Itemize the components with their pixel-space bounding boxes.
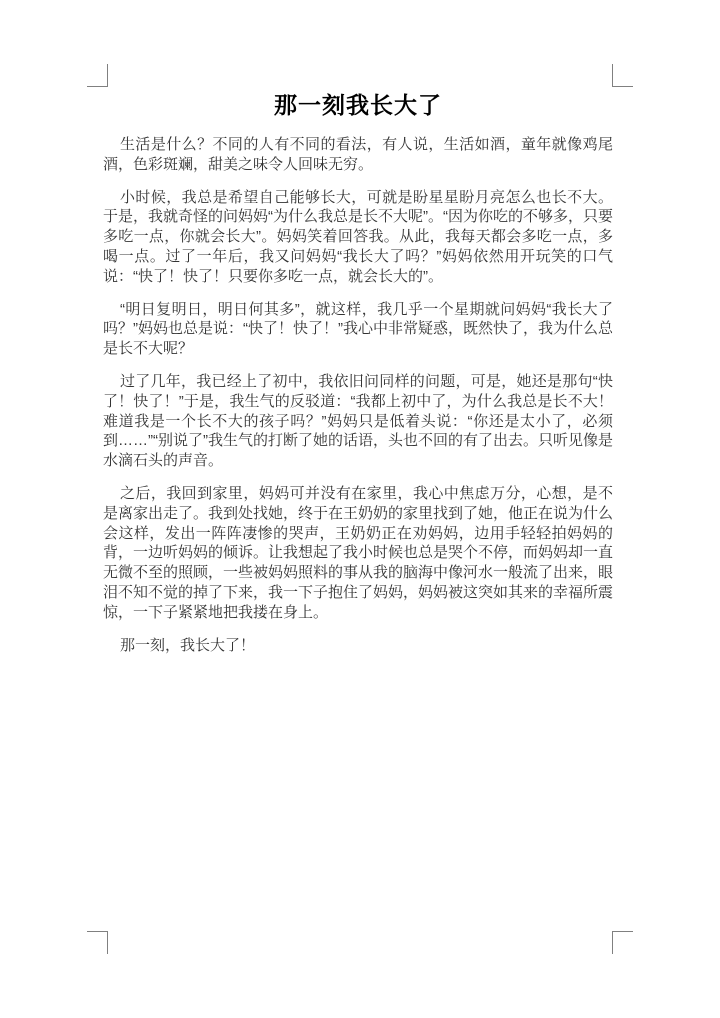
essay-paragraph-4: 过了几年，我已经上了初中，我依旧问同样的问题，可是，她还是那句“快了！快了！”于… bbox=[103, 372, 613, 471]
crop-mark-bottom-left-icon bbox=[87, 931, 108, 954]
essay-paragraph-2: 小时候，我总是希望自己能够长大，可就是盼星星盼月亮怎么也长不大。于是，我就奇怪的… bbox=[103, 188, 613, 287]
document-body: 那一刻我长大了 生活是什么？不同的人有不同的看法，有人说，生活如酒，童年就像鸡尾… bbox=[103, 92, 613, 668]
essay-paragraph-3: “明日复明日，明日何其多”，就这样，我几乎一个星期就问妈妈“我长大了吗？”妈妈也… bbox=[103, 300, 613, 359]
document-title: 那一刻我长大了 bbox=[103, 92, 613, 118]
essay-paragraph-5: 之后，我回到家里，妈妈可并没有在家里，我心中焦虑万分，心想，是不是离家出走了。我… bbox=[103, 484, 613, 623]
essay-closing-line: 那一刻，我长大了！ bbox=[103, 636, 613, 656]
essay-paragraph-1: 生活是什么？不同的人有不同的看法，有人说，生活如酒，童年就像鸡尾酒，色彩斑斓，甜… bbox=[103, 135, 613, 175]
crop-mark-bottom-right-icon bbox=[612, 931, 633, 954]
crop-mark-top-left-icon bbox=[87, 64, 108, 87]
crop-mark-top-right-icon bbox=[612, 64, 633, 87]
document-page: 那一刻我长大了 生活是什么？不同的人有不同的看法，有人说，生活如酒，童年就像鸡尾… bbox=[0, 0, 720, 1018]
